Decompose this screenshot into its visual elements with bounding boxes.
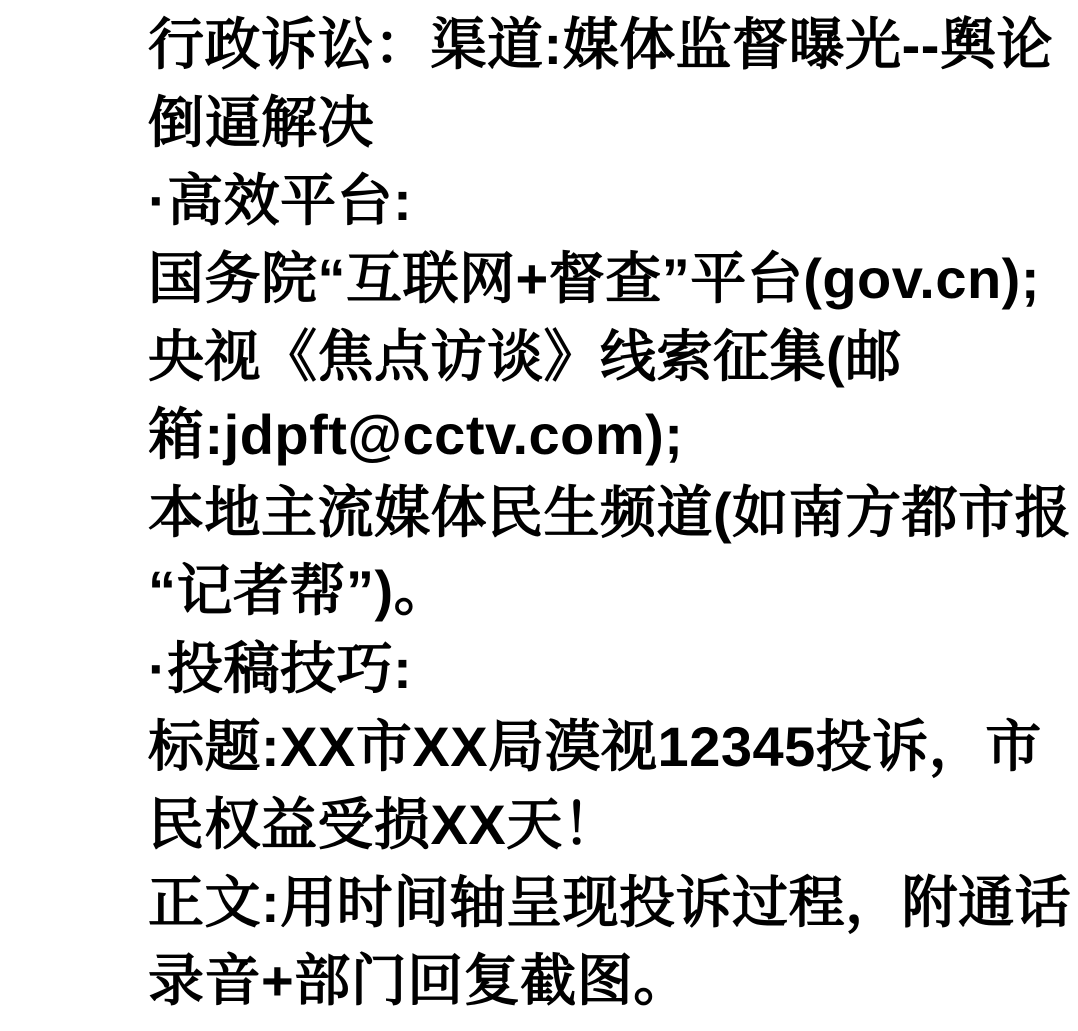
text-line-9: ·投稿技巧: [148,630,1078,708]
text-line-12: 正文:用时间轴呈现投诉过程，附通话 [148,864,1078,942]
text-line-5: 央视《焦点访谈》线索征集(邮 [148,318,1078,396]
text-line-2: 倒逼解决 [148,84,1078,162]
text-line-8: “记者帮”)。 [148,552,1078,630]
text-line-7: 本地主流媒体民生频道(如南方都市报 [148,474,1078,552]
text-line-1: 行政诉讼：渠道:媒体监督曝光--舆论 [148,6,1078,84]
text-document: 行政诉讼：渠道:媒体监督曝光--舆论 倒逼解决 ·高效平台: 国务院“互联网+督… [0,0,1078,1020]
text-line-13: 录音+部门回复截图。 [148,942,1078,1020]
text-line-4: 国务院“互联网+督查”平台(gov.cn); [148,240,1078,318]
text-line-10: 标题:XX市XX局漠视12345投诉，市 [148,708,1078,786]
text-line-3: ·高效平台: [148,162,1078,240]
text-line-6: 箱:jdpft@cctv.com); [148,396,1078,474]
text-line-11: 民权益受损XX天！ [148,786,1078,864]
